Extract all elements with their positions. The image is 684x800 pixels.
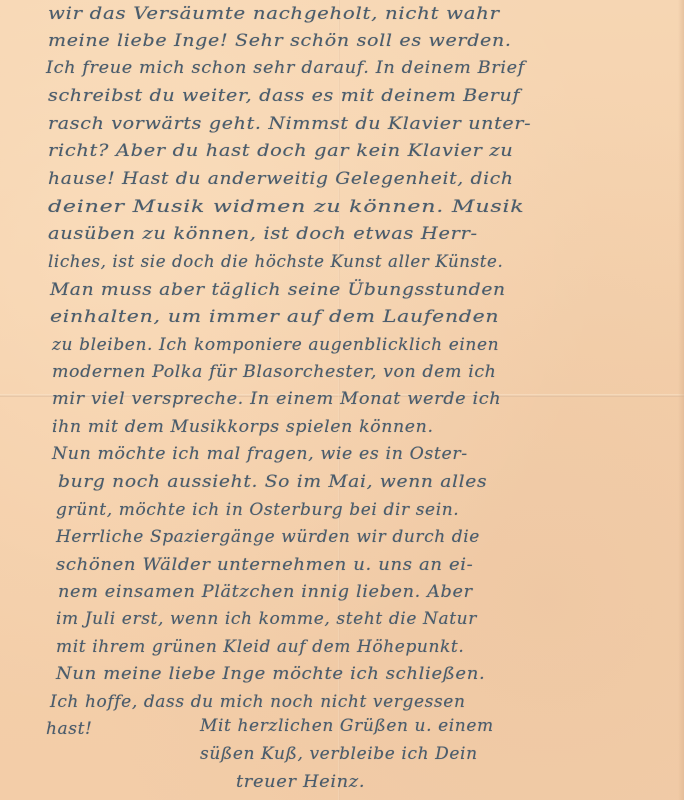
last-body-word: hast! [46,719,92,739]
letter-line: rasch vorwärts geht. Nimmst du Klavier u… [48,114,531,134]
letter-line: Ich freue mich schon sehr darauf. In dei… [46,58,525,78]
letter-line: ihn mit dem Musikkorps spielen können. [52,417,434,437]
signature: treuer Heinz. [236,772,365,792]
letter-line: modernen Polka für Blasorchester, von de… [52,362,496,382]
letter-line: Nun möchte ich mal fragen, wie es in Ost… [52,444,468,464]
closing-greeting-line: süßen Kuß, verbleibe ich Dein [200,744,478,764]
letter-line: Herrliche Spaziergänge würden wir durch … [56,527,480,547]
letter-line: einhalten, um immer auf dem Laufenden [50,307,499,327]
letter-line: Ich hoffe, dass du mich noch nicht verge… [50,692,466,712]
letter-page: wir das Versäumte nachgeholt, nicht wahr… [0,0,684,800]
letter-line: Man muss aber täglich seine Übungsstunde… [50,280,506,300]
letter-line: liches, ist sie doch die höchste Kunst a… [48,252,503,272]
paper-edge [678,0,684,800]
closing-greeting-line: Mit herzlichen Grüßen u. einem [200,716,494,736]
letter-line: ausüben zu können, ist doch etwas Herr- [48,224,478,244]
letter-line: mit ihrem grünen Kleid auf dem Höhepunkt… [56,637,464,657]
letter-line: wir das Versäumte nachgeholt, nicht wahr [48,4,500,24]
letter-line: Nun meine liebe Inge möchte ich schließe… [56,664,485,684]
letter-line: im Juli erst, wenn ich komme, steht die … [56,609,477,629]
letter-line: schreibst du weiter, dass es mit deinem … [48,86,520,106]
letter-line: hause! Hast du anderweitig Gelegenheit, … [48,169,514,189]
letter-line: mir viel verspreche. In einem Monat werd… [52,389,501,409]
letter-line: richt? Aber du hast doch gar kein Klavie… [48,141,513,161]
letter-line: nem einsamen Plätzchen innig lieben. Abe… [58,582,473,602]
letter-line: burg noch aussieht. So im Mai, wenn alle… [58,472,487,492]
letter-line: schönen Wälder unternehmen u. uns an ei- [56,555,473,575]
letter-line: grünt, möchte ich in Osterburg bei dir s… [56,500,459,520]
letter-line: meine liebe Inge! Sehr schön soll es wer… [48,31,512,51]
letter-line: deiner Musik widmen zu können. Musik [48,197,524,217]
letter-line: zu bleiben. Ich komponiere augenblicklic… [52,335,499,355]
